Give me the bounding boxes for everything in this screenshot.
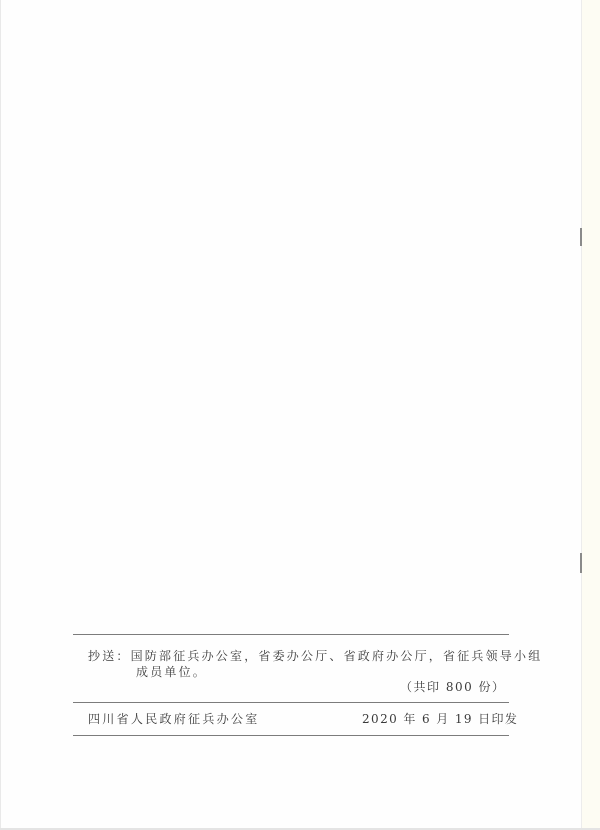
cc-section: 抄送： 国防部征兵办公室，省委办公厅、省政府办公厅，省征兵领导小组 成员单位。 [88, 648, 512, 680]
issuing-office: 四川省人民政府征兵办公室 [88, 710, 260, 727]
cc-recipients-line-1: 国防部征兵办公室，省委办公厅、省政府办公厅，省征兵领导小组 [131, 648, 543, 664]
cc-recipients-line-2: 成员单位。 [136, 664, 207, 680]
cc-label: 抄送： [88, 648, 131, 664]
document-page [1, 0, 581, 828]
colophon-middle-rule [73, 702, 509, 703]
binding-mark [580, 553, 582, 573]
colophon-top-rule [73, 634, 509, 635]
cc-row-1: 抄送： 国防部征兵办公室，省委办公厅、省政府办公厅，省征兵领导小组 [88, 648, 512, 664]
print-count: （共印 800 份） [400, 678, 506, 695]
colophon-bottom-rule [73, 735, 509, 736]
page-edge-strip [581, 0, 600, 828]
issue-date: 2020 年 6 月 19 日印发 [362, 710, 518, 727]
binding-mark [580, 228, 582, 246]
